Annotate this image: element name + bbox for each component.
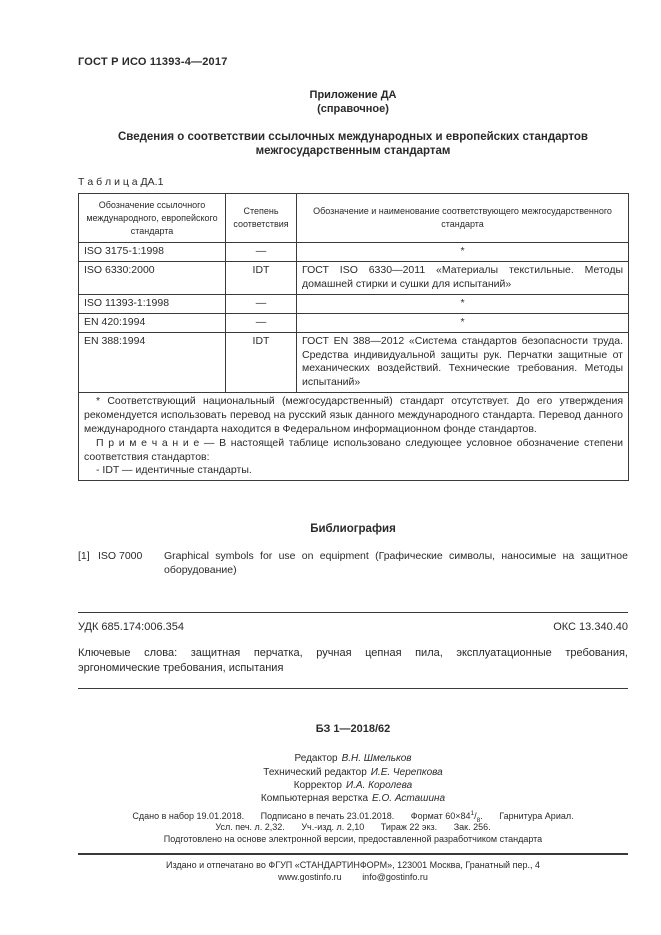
typeset-date: Сдано в набор 19.01.2018.	[132, 811, 244, 821]
staff-role: Компьютерная верстка	[261, 793, 368, 804]
print-run: Тираж 22 экз.	[381, 822, 437, 832]
bibliography-entry-number: [1]	[78, 550, 98, 577]
section-title-line2: межгосударственным стандартам	[78, 144, 628, 159]
ref-standard-cell: ISO 6330:2000	[79, 262, 226, 295]
bibliography-entry-text: Graphical symbols for use on equipment (…	[164, 550, 628, 577]
match-standard-cell: ГОСТ ISO 6330—2011 «Материалы текстильны…	[297, 262, 629, 295]
footer-divider-line	[78, 853, 628, 855]
annex-heading: Приложение ДА (справочное)	[78, 89, 628, 117]
divider-line	[78, 688, 628, 689]
bibliography-entry: [1] ISO 7000 Graphical symbols for use o…	[78, 550, 628, 577]
publisher-line: Издано и отпечатано во ФГУП «СТАНДАРТИНФ…	[78, 860, 628, 872]
table-row: EN 388:1994 IDT ГОСТ EN 388—2012 «Систем…	[79, 332, 629, 392]
publisher-website: www.gostinfo.ru	[278, 872, 342, 882]
annex-title: Приложение ДА	[78, 89, 628, 103]
bz-code: БЗ 1—2018/62	[78, 723, 628, 735]
production-line-2: Усл. печ. л. 2,32. Уч.-изд. л. 2,10 Тира…	[78, 822, 628, 833]
ref-standard-cell: EN 420:1994	[79, 313, 226, 332]
staff-layout: Компьютерная версткаЕ.О. Асташина	[78, 792, 628, 805]
classification-codes: УДК 685.174:006.354 ОКС 13.340.40	[78, 621, 628, 633]
print-date: Подписано в печать 23.01.2018.	[261, 811, 395, 821]
keywords: Ключевые слова: защитная перчатка, ручна…	[78, 646, 628, 677]
header-degree: Степень соответствия	[226, 194, 297, 243]
table-header: Обозначение ссылочного международного, е…	[79, 194, 629, 243]
staff-block: РедакторВ.Н. Шмельков Технический редакт…	[78, 752, 628, 805]
staff-name: Е.О. Асташина	[372, 793, 445, 804]
table-note: П р и м е ч а н и е — В настоящей таблиц…	[84, 437, 623, 465]
staff-editor: РедакторВ.Н. Шмельков	[78, 752, 628, 765]
publisher-email: info@gostinfo.ru	[362, 872, 428, 882]
table-footnote: * Соответствующий национальный (межгосуд…	[84, 395, 623, 437]
table-header-row: Обозначение ссылочного международного, е…	[79, 194, 629, 243]
format-prefix: Формат 60×84	[411, 811, 471, 821]
format-period: .	[480, 811, 483, 821]
format-segment: Формат 60×841/8.	[411, 811, 483, 821]
table-row: ISO 3175-1:1998 — *	[79, 243, 629, 262]
page-content: ГОСТ Р ИСО 11393-4—2017 Приложение ДА (с…	[78, 56, 628, 883]
bibliography-title: Библиография	[78, 523, 628, 535]
section-title-line1: Сведения о соответствии ссылочных междун…	[78, 130, 628, 145]
match-standard-cell: *	[297, 313, 629, 332]
oks-code: ОКС 13.340.40	[553, 621, 628, 633]
header-ref-standard: Обозначение ссылочного международного, е…	[79, 194, 226, 243]
table-row: EN 420:1994 — *	[79, 313, 629, 332]
degree-cell: IDT	[226, 262, 297, 295]
table-row: ISO 11393-1:1998 — *	[79, 294, 629, 313]
order-number: Зак. 256.	[454, 822, 491, 832]
ref-standard-cell: ISO 11393-1:1998	[79, 294, 226, 313]
document-page: ГОСТ Р ИСО 11393-4—2017 Приложение ДА (с…	[0, 0, 661, 935]
print-sheets: Усл. печ. л. 2,32.	[215, 822, 284, 832]
pub-sheets: Уч.-изд. л. 2,10	[301, 822, 364, 832]
match-standard-cell: *	[297, 294, 629, 313]
header-match-standard: Обозначение и наименование соответствующ…	[297, 194, 629, 243]
production-line-1: Сдано в набор 19.01.2018. Подписано в пе…	[78, 811, 628, 822]
contacts-line: www.gostinfo.ru info@gostinfo.ru	[78, 872, 628, 884]
note-label: П р и м е ч а н и е	[96, 437, 199, 449]
staff-role: Технический редактор	[263, 767, 366, 778]
section-title: Сведения о соответствии ссылочных междун…	[78, 130, 628, 160]
table-footnote-row: * Соответствующий национальный (межгосуд…	[79, 393, 629, 481]
ref-standard-cell: ISO 3175-1:1998	[79, 243, 226, 262]
prepared-note: Подготовлено на основе электронной верси…	[164, 834, 542, 844]
note-item: - IDT — идентичные стандарты.	[84, 464, 623, 478]
typeface: Гарнитура Ариал.	[499, 811, 573, 821]
staff-role: Редактор	[295, 753, 338, 764]
match-standard-cell: ГОСТ EN 388—2012 «Система стандартов без…	[297, 332, 629, 392]
correspondence-table: Обозначение ссылочного международного, е…	[78, 193, 629, 481]
match-standard-cell: *	[297, 243, 629, 262]
table-caption: Т а б л и ц а ДА.1	[78, 176, 628, 188]
ref-standard-cell: EN 388:1994	[79, 332, 226, 392]
divider-line	[78, 612, 628, 613]
production-line-3: Подготовлено на основе электронной верси…	[78, 834, 628, 845]
staff-corrector: КорректорИ.А. Королева	[78, 779, 628, 792]
degree-cell: —	[226, 313, 297, 332]
doc-code: ГОСТ Р ИСО 11393-4—2017	[78, 56, 628, 68]
degree-cell: —	[226, 294, 297, 313]
staff-role: Корректор	[294, 780, 342, 791]
bibliography-entry-code: ISO 7000	[98, 550, 146, 577]
degree-cell: —	[226, 243, 297, 262]
table-row: ISO 6330:2000 IDT ГОСТ ISO 6330—2011 «Ма…	[79, 262, 629, 295]
udk-code: УДК 685.174:006.354	[78, 621, 184, 633]
staff-name: И.А. Королева	[346, 780, 412, 791]
production-block: Сдано в набор 19.01.2018. Подписано в пе…	[78, 811, 628, 845]
table-footnote-cell: * Соответствующий национальный (межгосуд…	[79, 393, 629, 481]
staff-name: И.Е. Черепкова	[371, 767, 443, 778]
staff-name: В.Н. Шмельков	[342, 753, 412, 764]
degree-cell: IDT	[226, 332, 297, 392]
staff-technical-editor: Технический редакторИ.Е. Черепкова	[78, 766, 628, 779]
annex-subtitle: (справочное)	[78, 103, 628, 117]
